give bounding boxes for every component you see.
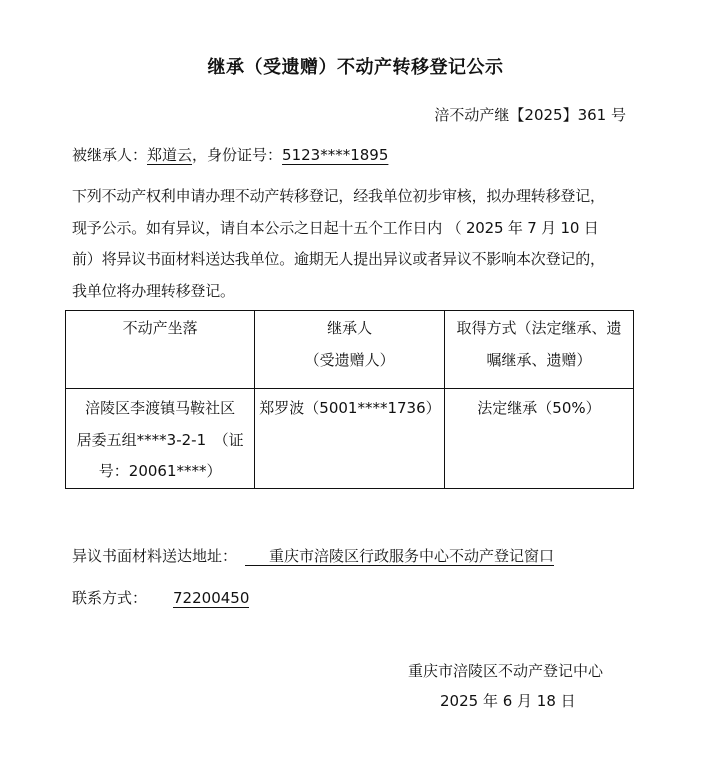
decedent-name: 郑道云 [147, 146, 192, 164]
notice-paragraph: 下列不动产权利申请办理不动产转移登记，经我单位初步审核，拟办理转移登记， 现予公… [72, 181, 632, 307]
contact-label: 联系方式： [72, 589, 147, 607]
contact-line: 联系方式：72200450 [72, 587, 249, 608]
signature-date: 2025 年 6 月 18 日 [440, 690, 576, 711]
signature-organization: 重庆市涪陵区不动产登记中心 [408, 660, 603, 681]
table-header-row: 不动产坐落 继承人 （受遗赠人） 取得方式（法定继承、遗 嘱继承、遗赠） [66, 311, 634, 389]
decedent-line: 被继承人：郑道云，身份证号：5123****1895 [72, 144, 388, 165]
cell-acquisition: 法定继承（50%） [444, 389, 633, 489]
paragraph-line: 现予公示。如有异议，请自本公示之日起十五个工作日内 （ 2025 年 7 月 1… [72, 213, 632, 245]
page-title: 继承（受遗赠）不动产转移登记公示 [0, 53, 711, 79]
property-table: 不动产坐落 继承人 （受遗赠人） 取得方式（法定继承、遗 嘱继承、遗赠） 涪陵区… [65, 310, 634, 489]
decedent-label: 被继承人： [72, 146, 147, 164]
paragraph-line: 我单位将办理转移登记。 [72, 276, 632, 308]
objection-address-value: 重庆市涪陵区行政服务中心不动产登记窗口 [245, 547, 554, 566]
document-number: 涪不动产继【2025】361 号 [434, 104, 626, 125]
paragraph-line: 前）将异议书面材料送达我单位。逾期无人提出异议或者异议不影响本次登记的， [72, 244, 632, 276]
decedent-id-number: 5123****1895 [282, 146, 388, 164]
cell-heir: 郑罗波（5001****1736） [255, 389, 445, 489]
objection-address-line: 异议书面材料送达地址：重庆市涪陵区行政服务中心不动产登记窗口 [72, 545, 554, 566]
cell-location: 涪陵区李渡镇马鞍社区 居委五组****3-2-1 （证 号：20061****） [66, 389, 255, 489]
objection-address-label: 异议书面材料送达地址： [72, 547, 237, 565]
header-location: 不动产坐落 [66, 311, 255, 389]
table-row: 涪陵区李渡镇马鞍社区 居委五组****3-2-1 （证 号：20061****）… [66, 389, 634, 489]
paragraph-line: 下列不动产权利申请办理不动产转移登记，经我单位初步审核，拟办理转移登记， [72, 181, 632, 213]
header-heir: 继承人 （受遗赠人） [255, 311, 445, 389]
header-acquisition: 取得方式（法定继承、遗 嘱继承、遗赠） [444, 311, 633, 389]
id-label: ，身份证号： [192, 146, 282, 164]
contact-value: 72200450 [173, 589, 249, 608]
